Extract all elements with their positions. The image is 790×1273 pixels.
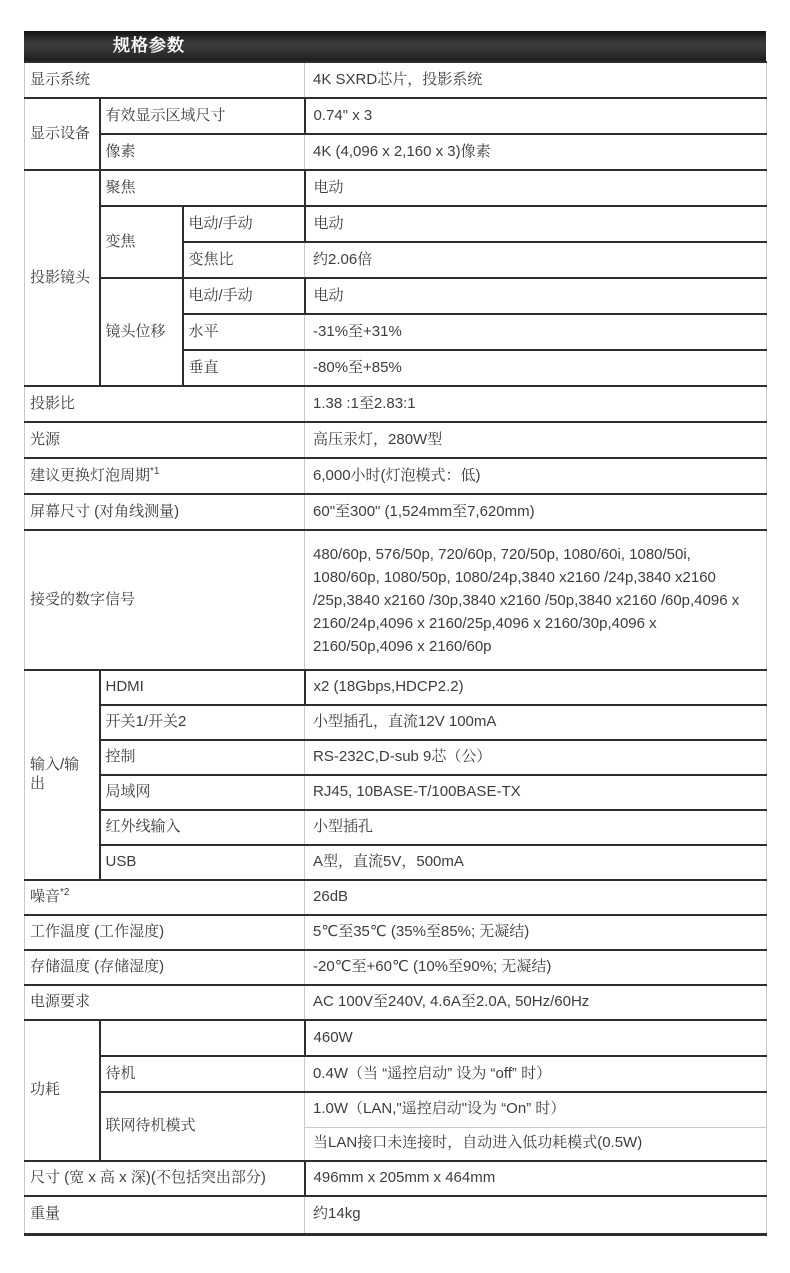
label-digital-signals: 接受的数字信号 xyxy=(25,530,305,670)
row-usb: USB A型，直流5V，500mA xyxy=(25,845,767,880)
value-digital-signals: 480/60p, 576/50p, 720/60p, 720/50p, 1080… xyxy=(305,530,767,670)
label-focus: 聚焦 xyxy=(100,170,305,206)
footnote-marker-2: *2 xyxy=(60,887,69,898)
group-label-lens-shift: 镜头位移 xyxy=(100,278,183,386)
value-hdmi: x2 (18Gbps,HDCP2.2) xyxy=(305,670,767,705)
label-lan: 局域网 xyxy=(100,775,305,810)
row-shift-power: 镜头位移 电动/手动 电动 xyxy=(25,278,767,314)
value-lan: RJ45, 10BASE-T/100BASE-TX xyxy=(305,775,767,810)
value-noise: 26dB xyxy=(305,880,767,915)
label-throw-ratio: 投影比 xyxy=(25,386,305,422)
label-shift-horizontal: 水平 xyxy=(183,314,305,350)
row-trigger: 开关1/开关2 小型插孔，直流12V 100mA xyxy=(25,705,767,740)
label-network-standby: 联网待机模式 xyxy=(100,1092,305,1161)
value-display-system: 4K SXRD芯片，投影系统 xyxy=(305,62,767,98)
row-focus: 投影镜头 聚焦 电动 xyxy=(25,170,767,206)
value-lamp-cycle: 6,000小时(灯泡模式：低) xyxy=(305,458,767,494)
value-power-max: 460W xyxy=(305,1020,767,1056)
row-throw-ratio: 投影比 1.38 :1至2.83:1 xyxy=(25,386,767,422)
row-digital-signals: 接受的数字信号 480/60p, 576/50p, 720/60p, 720/5… xyxy=(25,530,767,670)
value-shift-horizontal: -31%至+31% xyxy=(305,314,767,350)
section-header-bar: 规格参数 xyxy=(24,31,766,61)
row-light-source: 光源 高压汞灯，280W型 xyxy=(25,422,767,458)
value-network-standby-on: 1.0W（LAN,"遥控启动"设为 “On” 时） xyxy=(305,1092,767,1127)
label-shift-vertical: 垂直 xyxy=(183,350,305,386)
row-screen-size: 屏幕尺寸 (对角线测量) 60"至300" (1,524mm至7,620mm) xyxy=(25,494,767,530)
value-storage-temp: -20℃至+60℃ (10%至90%; 无凝结) xyxy=(305,950,767,985)
label-ir: 红外线输入 xyxy=(100,810,305,845)
value-network-standby-note: 当LAN接口未连接时，自动进入低功耗模式(0.5W) xyxy=(305,1127,767,1161)
group-label-display-device: 显示设备 xyxy=(25,98,100,170)
value-trigger: 小型插孔，直流12V 100mA xyxy=(305,705,767,740)
value-dimensions: 496mm x 205mm x 464mm xyxy=(305,1161,767,1196)
value-ir: 小型插孔 xyxy=(305,810,767,845)
value-zoom-power: 电动 xyxy=(305,206,767,242)
label-power-max-empty xyxy=(100,1020,305,1056)
row-dimensions: 尺寸 (宽 x 高 x 深)(不包括突出部分) 496mm x 205mm x … xyxy=(25,1161,767,1196)
label-shift-power: 电动/手动 xyxy=(183,278,305,314)
label-noise: 噪音*2 xyxy=(25,880,305,915)
group-label-lens: 投影镜头 xyxy=(25,170,100,386)
value-throw-ratio: 1.38 :1至2.83:1 xyxy=(305,386,767,422)
value-shift-vertical: -80%至+85% xyxy=(305,350,767,386)
label-standby: 待机 xyxy=(100,1056,305,1092)
label-lamp-cycle: 建议更换灯泡周期*1 xyxy=(25,458,305,494)
value-standby: 0.4W（当 “遥控启动” 设为 “off” 时） xyxy=(305,1056,767,1092)
row-operating-temp: 工作温度 (工作湿度) 5℃至35℃ (35%至85%; 无凝结) xyxy=(25,915,767,950)
label-zoom-power: 电动/手动 xyxy=(183,206,305,242)
label-light-source: 光源 xyxy=(25,422,305,458)
group-label-zoom: 变焦 xyxy=(100,206,183,278)
value-focus: 电动 xyxy=(305,170,767,206)
value-screen-size: 60"至300" (1,524mm至7,620mm) xyxy=(305,494,767,530)
group-label-power-consumption: 功耗 xyxy=(25,1020,100,1161)
label-screen-size: 屏幕尺寸 (对角线测量) xyxy=(25,494,305,530)
label-hdmi: HDMI xyxy=(100,670,305,705)
footnote-marker-1: *1 xyxy=(150,466,159,477)
value-weight: 约14kg xyxy=(305,1196,767,1234)
row-hdmi: 输入/输出 HDMI x2 (18Gbps,HDCP2.2) xyxy=(25,670,767,705)
label-pixels: 像素 xyxy=(100,134,305,170)
value-usb: A型，直流5V，500mA xyxy=(305,845,767,880)
value-shift-power: 电动 xyxy=(305,278,767,314)
row-ir: 红外线输入 小型插孔 xyxy=(25,810,767,845)
row-zoom-power: 变焦 电动/手动 电动 xyxy=(25,206,767,242)
row-standby: 待机 0.4W（当 “遥控启动” 设为 “off” 时） xyxy=(25,1056,767,1092)
label-storage-temp: 存储温度 (存储湿度) xyxy=(25,950,305,985)
section-title: 规格参数 xyxy=(24,31,185,61)
label-zoom-ratio: 变焦比 xyxy=(183,242,305,278)
value-light-source: 高压汞灯，280W型 xyxy=(305,422,767,458)
label-power-requirements: 电源要求 xyxy=(25,985,305,1020)
value-display-area: 0.74" x 3 xyxy=(305,98,767,134)
value-zoom-ratio: 约2.06倍 xyxy=(305,242,767,278)
value-operating-temp: 5℃至35℃ (35%至85%; 无凝结) xyxy=(305,915,767,950)
row-storage-temp: 存储温度 (存储湿度) -20℃至+60℃ (10%至90%; 无凝结) xyxy=(25,950,767,985)
label-display-system: 显示系统 xyxy=(25,62,305,98)
value-control: RS-232C,D-sub 9芯（公） xyxy=(305,740,767,775)
row-lan: 局域网 RJ45, 10BASE-T/100BASE-TX xyxy=(25,775,767,810)
row-display-area: 显示设备 有效显示区域尺寸 0.74" x 3 xyxy=(25,98,767,134)
label-operating-temp: 工作温度 (工作湿度) xyxy=(25,915,305,950)
group-label-io: 输入/输出 xyxy=(25,670,100,880)
label-weight: 重量 xyxy=(25,1196,305,1234)
spec-table: 显示系统 4K SXRD芯片，投影系统 显示设备 有效显示区域尺寸 0.74" … xyxy=(24,61,767,1236)
value-power-requirements: AC 100V至240V, 4.6A至2.0A, 50Hz/60Hz xyxy=(305,985,767,1020)
value-pixels: 4K (4,096 x 2,160 x 3)像素 xyxy=(305,134,767,170)
label-dimensions: 尺寸 (宽 x 高 x 深)(不包括突出部分) xyxy=(25,1161,305,1196)
row-noise: 噪音*2 26dB xyxy=(25,880,767,915)
label-trigger: 开关1/开关2 xyxy=(100,705,305,740)
label-control: 控制 xyxy=(100,740,305,775)
row-network-standby: 联网待机模式 1.0W（LAN,"遥控启动"设为 “On” 时） xyxy=(25,1092,767,1127)
row-control: 控制 RS-232C,D-sub 9芯（公） xyxy=(25,740,767,775)
row-pixels: 像素 4K (4,096 x 2,160 x 3)像素 xyxy=(25,134,767,170)
label-usb: USB xyxy=(100,845,305,880)
row-lamp-cycle: 建议更换灯泡周期*1 6,000小时(灯泡模式：低) xyxy=(25,458,767,494)
label-display-area: 有效显示区域尺寸 xyxy=(100,98,305,134)
row-weight: 重量 约14kg xyxy=(25,1196,767,1234)
row-power-requirements: 电源要求 AC 100V至240V, 4.6A至2.0A, 50Hz/60Hz xyxy=(25,985,767,1020)
row-display-system: 显示系统 4K SXRD芯片，投影系统 xyxy=(25,62,767,98)
spec-sheet: 规格参数 显示系统 4K SXRD芯片，投影系统 显示设备 有效显示区域尺寸 0… xyxy=(24,31,766,1236)
row-power-max: 功耗 460W xyxy=(25,1020,767,1056)
